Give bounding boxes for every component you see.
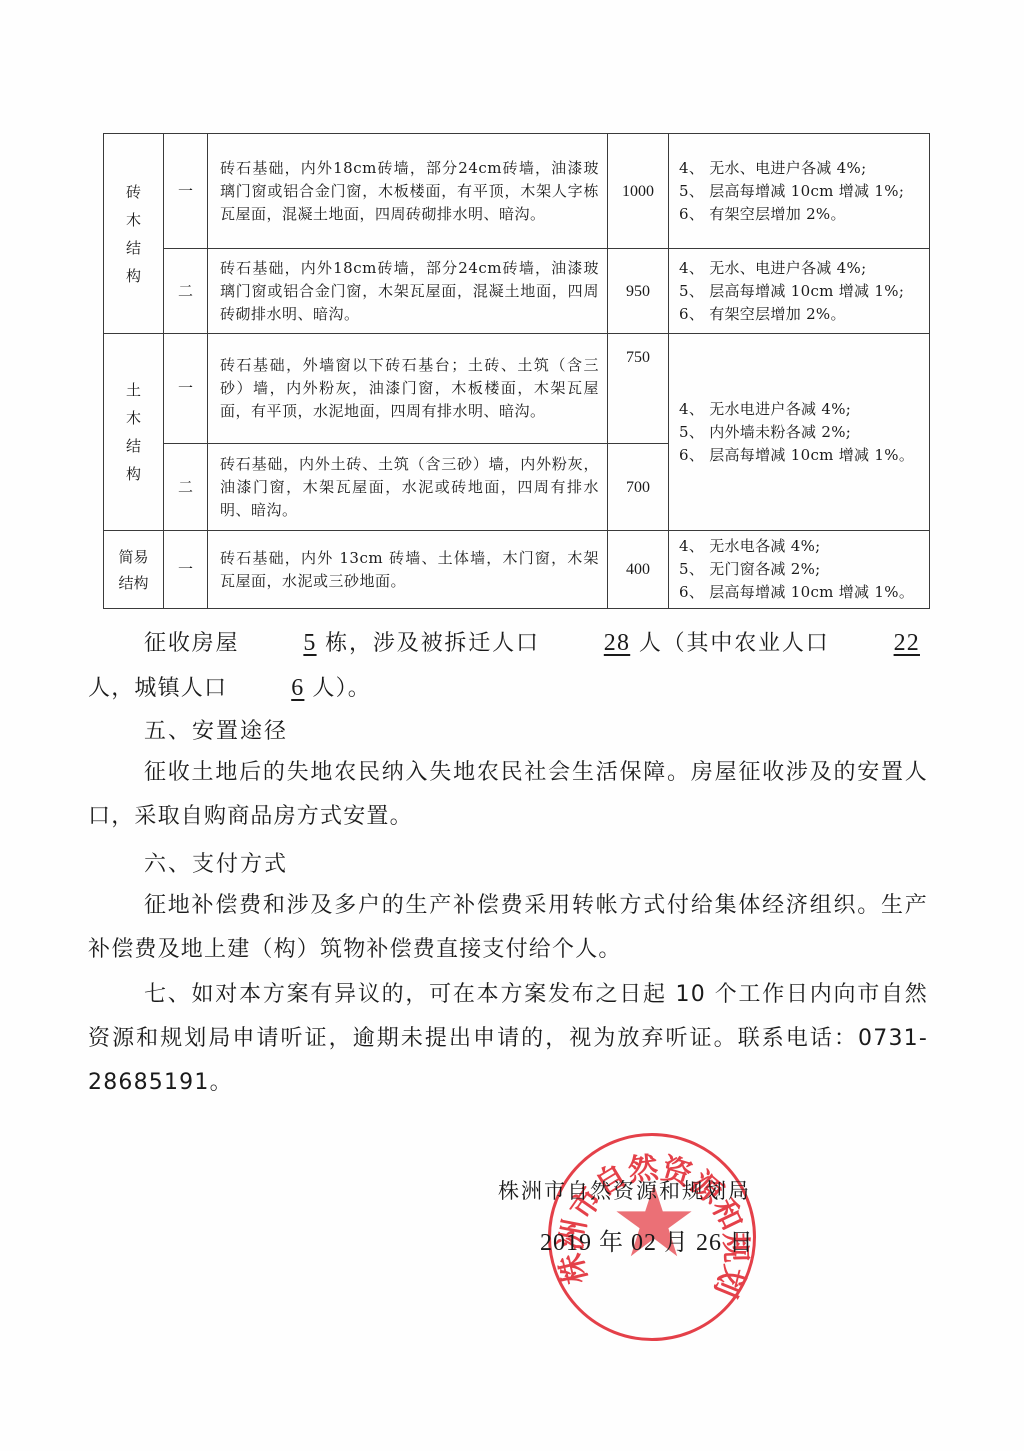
structure-type: 土木结构 <box>125 376 143 488</box>
structure-type-cell: 土木结构 <box>104 334 164 531</box>
section-7-body: 七、如对本方案有异议的，可在本方案发布之日起 10 个工作日内向市自然资源和规划… <box>88 973 928 1105</box>
document-page: 砖木结构 一 砖石基础，内外18cm砖墙，部分24cm砖墙，油漆玻璃门窗或铝合金… <box>0 0 1024 1451</box>
table-row: 简易结构 一 砖石基础，内外 13cm 砖墙、土体墙，木门窗，木架瓦屋面，水泥或… <box>104 531 930 609</box>
note-line: 4、 无水电进户各减 4%; <box>679 398 929 421</box>
notes-cell: 4、 无水、电进户各减 4%; 5、 层高每增减 10cm 增减 1%; 6、 … <box>669 134 930 249</box>
price-cell: 750 <box>608 334 669 444</box>
description-cell: 砖石基础，内外土砖、土筑（含三砂）墙，内外粉灰，油漆门窗，木架瓦屋面，水泥或砖地… <box>208 444 608 531</box>
people-count: 28 <box>540 621 638 665</box>
table-row: 土木结构 一 砖石基础，外墙窗以下砖石基台；土砖、土筑（含三砂）墙，内外粉灰，油… <box>104 334 930 444</box>
text: 人）。 <box>312 676 371 701</box>
note-line: 5、 无门窗各减 2%; <box>679 558 929 581</box>
compensation-table: 砖木结构 一 砖石基础，内外18cm砖墙，部分24cm砖墙，油漆玻璃门窗或铝合金… <box>103 133 930 609</box>
section-6-body: 征地补偿费和涉及多户的生产补偿费采用转帐方式付给集体经济组织。生产补偿费及地上建… <box>88 884 928 972</box>
note-line: 5、 内外墙未粉各减 2%; <box>679 421 929 444</box>
summary-paragraph: 征收房屋5栋，涉及被拆迁人口28人（其中农业人口22人，城镇人口6人）。 <box>88 621 928 711</box>
grade-cell: 一 <box>164 531 208 609</box>
signing-organization: 株洲市自然资源和规划局 <box>498 1175 751 1205</box>
description-cell: 砖石基础，外墙窗以下砖石基台；土砖、土筑（含三砂）墙，内外粉灰，油漆门窗，木板楼… <box>208 334 608 444</box>
note-line: 5、 层高每增减 10cm 增减 1%; <box>679 180 929 203</box>
agricultural-count: 22 <box>830 621 928 665</box>
grade-cell: 一 <box>164 334 208 444</box>
notes-cell: 4、 无水电进户各减 4%; 5、 内外墙未粉各减 2%; 6、 层高每增减 1… <box>669 334 930 531</box>
grade-cell: 二 <box>164 249 208 334</box>
structure-type-cell: 砖木结构 <box>104 134 164 334</box>
signing-date: 2019 年 02 月 26 日 <box>540 1222 754 1257</box>
price-cell: 400 <box>608 531 669 609</box>
description-cell: 砖石基础，内外18cm砖墙，部分24cm砖墙，油漆玻璃门窗或铝合金门窗，木板楼面… <box>208 134 608 249</box>
description-cell: 砖石基础，内外 13cm 砖墙、土体墙，木门窗，木架瓦屋面，水泥或三砂地面。 <box>208 531 608 609</box>
table-row: 砖木结构 一 砖石基础，内外18cm砖墙，部分24cm砖墙，油漆玻璃门窗或铝合金… <box>104 134 930 249</box>
structure-type: 砖木结构 <box>125 178 143 290</box>
text: 人（其中农业人口 <box>638 631 829 656</box>
table-row: 二 砖石基础，内外18cm砖墙，部分24cm砖墙，油漆玻璃门窗或铝合金门窗，木架… <box>104 249 930 334</box>
note-line: 4、 无水电各减 4%; <box>679 535 929 558</box>
section-5-body: 征收土地后的失地农民纳入失地农民社会生活保障。房屋征收涉及的安置人口，采取自购商… <box>88 751 928 839</box>
note-line: 4、 无水、电进户各减 4%; <box>679 157 929 180</box>
note-line: 6、 有架空层增加 2%。 <box>679 203 929 226</box>
price-cell: 950 <box>608 249 669 334</box>
price-cell: 1000 <box>608 134 669 249</box>
svg-text:株洲市自然资源和规划局: 株洲市自然资源和规划局 <box>551 1136 753 1302</box>
note-line: 6、 有架空层增加 2%。 <box>679 303 929 326</box>
section-6-heading: 六、支付方式 <box>144 847 288 878</box>
text: 栋，涉及被拆迁人口 <box>325 631 540 656</box>
grade-cell: 一 <box>164 134 208 249</box>
note-line: 5、 层高每增减 10cm 增减 1%; <box>679 280 929 303</box>
note-line: 6、 层高每增减 10cm 增减 1%。 <box>679 581 929 604</box>
urban-count: 6 <box>227 666 312 710</box>
text: 人，城镇人口 <box>88 676 227 701</box>
notes-cell: 4、 无水、电进户各减 4%; 5、 层高每增减 10cm 增减 1%; 6、 … <box>669 249 930 334</box>
text: 征收房屋 <box>144 631 239 656</box>
grade-cell: 二 <box>164 444 208 531</box>
section-5-heading: 五、安置途径 <box>144 714 288 745</box>
price-cell: 700 <box>608 444 669 531</box>
houses-count: 5 <box>239 621 324 665</box>
description-cell: 砖石基础，内外18cm砖墙，部分24cm砖墙，油漆玻璃门窗或铝合金门窗，木架瓦屋… <box>208 249 608 334</box>
notes-cell: 4、 无水电各减 4%; 5、 无门窗各减 2%; 6、 层高每增减 10cm … <box>669 531 930 609</box>
structure-type: 简易结构 <box>116 544 152 596</box>
note-line: 4、 无水、电进户各减 4%; <box>679 257 929 280</box>
note-line: 6、 层高每增减 10cm 增减 1%。 <box>679 444 929 467</box>
structure-type-cell: 简易结构 <box>104 531 164 609</box>
